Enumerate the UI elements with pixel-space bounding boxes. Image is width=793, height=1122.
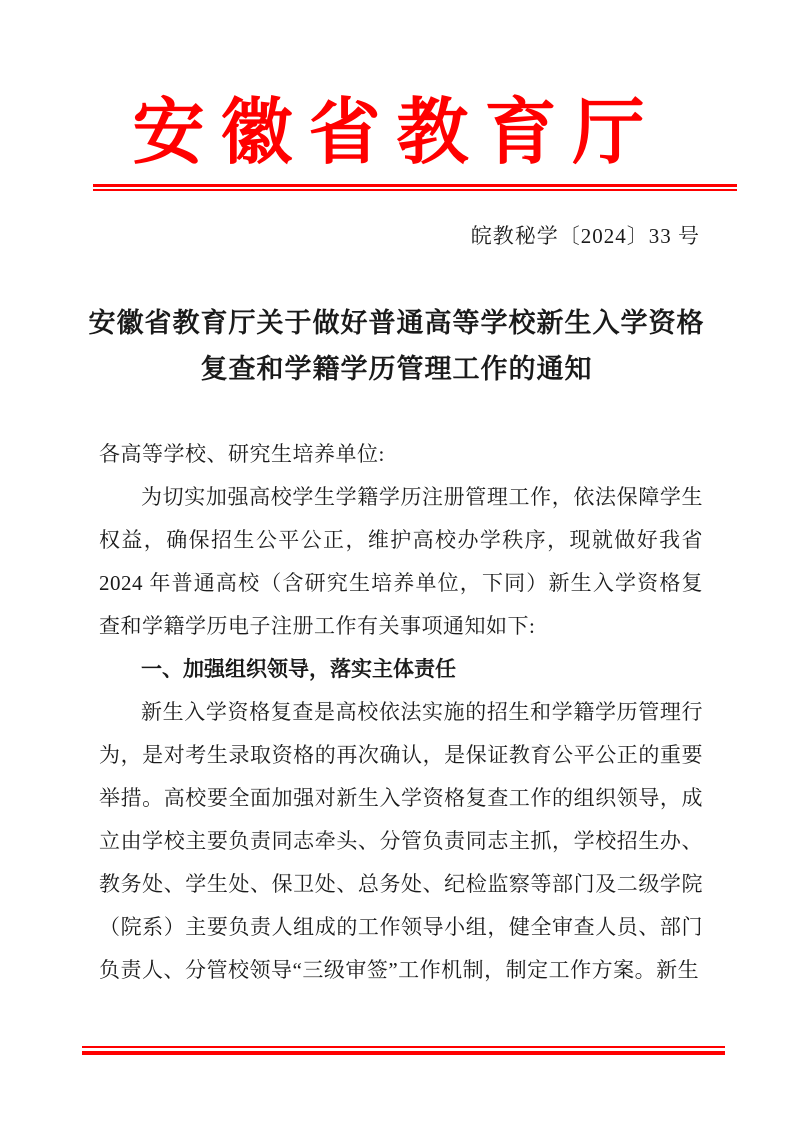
divider-line-thin — [93, 189, 737, 191]
doc-number: 皖教秘学〔2024〕33 号 — [0, 224, 700, 249]
notice-title-line1: 安徽省教育厅关于做好普通高等学校新生入学资格 — [0, 300, 793, 346]
section1-paragraph: 新生入学资格复查是高校依法实施的招生和学籍学历管理行为，是对考生录取资格的再次确… — [99, 691, 703, 992]
notice-title-line2: 复查和学籍学历管理工作的通知 — [0, 346, 793, 392]
notice-body: 各高等学校、研究生培养单位: 为切实加强高校学生学籍学历注册管理工作，依法保障学… — [99, 433, 703, 992]
footer-divider — [82, 1046, 725, 1055]
intro-paragraph: 为切实加强高校学生学籍学历注册管理工作，依法保障学生权益，确保招生公平公正，维护… — [99, 476, 703, 648]
document-page: 安徽省教育厅 皖教秘学〔2024〕33 号 安徽省教育厅关于做好普通高等学校新生… — [0, 0, 793, 1122]
salutation: 各高等学校、研究生培养单位: — [99, 433, 703, 476]
section1-heading: 一、加强组织领导，落实主体责任 — [99, 648, 703, 691]
divider-line-thick — [82, 1051, 725, 1055]
agency-letterhead-title: 安徽省教育厅 — [0, 96, 793, 170]
letterhead-divider — [93, 184, 737, 191]
notice-title: 安徽省教育厅关于做好普通高等学校新生入学资格 复查和学籍学历管理工作的通知 — [0, 300, 793, 392]
